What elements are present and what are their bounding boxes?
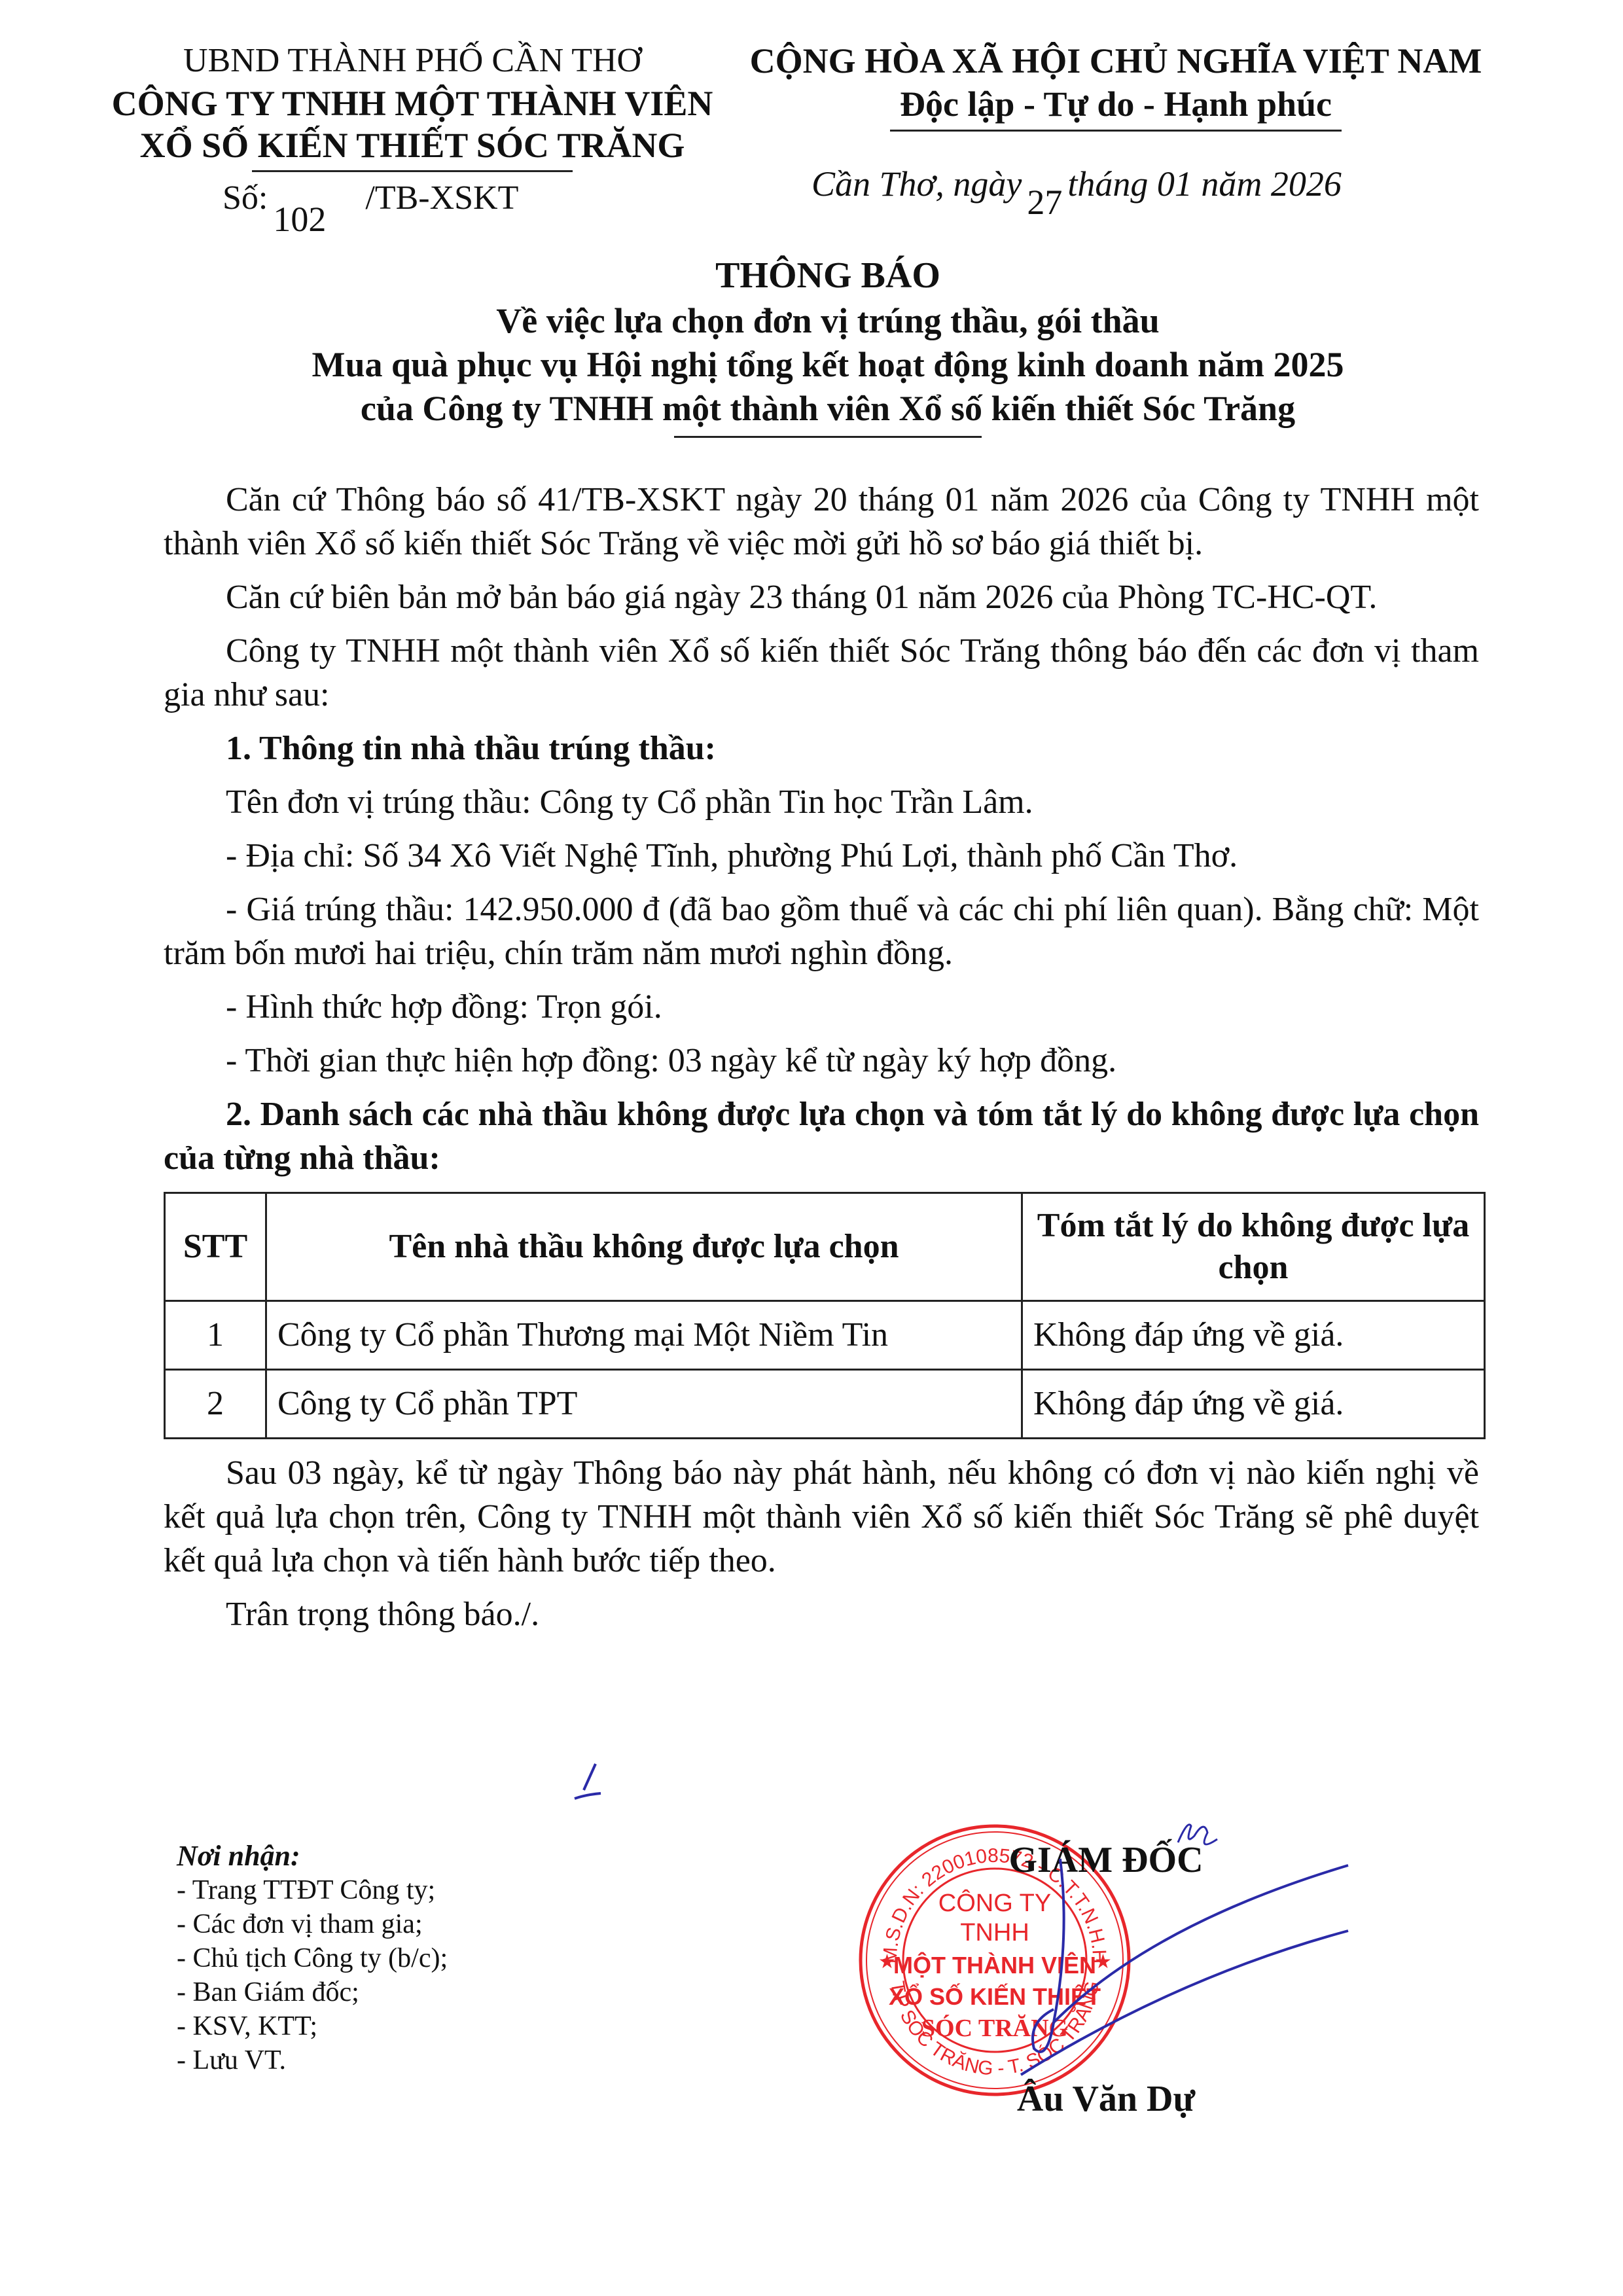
winner-name: Tên đơn vị trúng thầu: Công ty Cổ phần T…: [164, 780, 1479, 824]
row-bidder-name: Công ty Cổ phần TPT: [266, 1370, 1022, 1439]
contract-type: - Hình thức hợp đồng: Trọn gói.: [164, 985, 1479, 1029]
recipients-block: Nơi nhận: - Trang TTĐT Công ty; - Các đơ…: [177, 1839, 448, 2077]
recipient-item: - Trang TTĐT Công ty;: [177, 1873, 448, 1907]
row-reason: Không đáp ứng về giá.: [1022, 1301, 1485, 1370]
recipient-item: - Ban Giám đốc;: [177, 1975, 448, 2009]
rejected-bidders-table: STT Tên nhà thầu không được lựa chọn Tóm…: [164, 1192, 1486, 1439]
date-suffix: tháng 01 năm 2026: [1067, 164, 1342, 204]
col-bidder-name: Tên nhà thầu không được lựa chọn: [266, 1193, 1022, 1301]
issuer-underline: [252, 170, 573, 172]
handwritten-signature-icon: [982, 1806, 1400, 2094]
recipients-heading: Nơi nhận:: [177, 1839, 448, 1873]
date-prefix: Cần Thơ, ngày: [811, 164, 1022, 204]
title-line1: Về việc lựa chọn đơn vị trúng thầu, gói …: [157, 299, 1499, 343]
row-stt: 2: [165, 1370, 266, 1439]
nation-name: CỘNG HÒA XÃ HỘI CHỦ NGHĨA VIỆT NAM: [720, 39, 1512, 82]
number-suffix: /TB-XSKT: [365, 179, 518, 217]
number-label: Số:: [223, 179, 268, 217]
row-reason: Không đáp ứng về giá.: [1022, 1370, 1485, 1439]
recipient-item: - Lưu VT.: [177, 2043, 448, 2077]
initial-mark-icon: [569, 1761, 609, 1806]
recipient-item: - Các đơn vị tham gia;: [177, 1907, 448, 1941]
number-value: 102: [273, 200, 326, 239]
winner-address: - Địa chỉ: Số 34 Xô Viết Nghệ Tĩnh, phườ…: [164, 834, 1479, 878]
basis-paragraph-1: Căn cứ Thông báo số 41/TB-XSKT ngày 20 t…: [164, 478, 1479, 565]
regards: Trân trọng thông báo./.: [164, 1592, 1479, 1636]
national-header: CỘNG HÒA XÃ HỘI CHỦ NGHĨA VIỆT NAM Độc l…: [720, 39, 1512, 132]
section1-heading: 1. Thông tin nhà thầu trúng thầu:: [164, 726, 1479, 770]
row-stt: 1: [165, 1301, 266, 1370]
issuer-block: UBND THÀNH PHỐ CẦN THƠ CÔNG TY TNHH MỘT …: [111, 39, 713, 172]
title-line2: Mua quà phục vụ Hội nghị tổng kết hoạt đ…: [157, 343, 1499, 387]
col-reason: Tóm tắt lý do không được lựa chọn: [1022, 1193, 1485, 1301]
issuer-authority: UBND THÀNH PHỐ CẦN THƠ: [111, 39, 713, 82]
issue-date: Cần Thơ, ngày27tháng 01 năm 2026: [811, 164, 1342, 204]
signer-name: Âu Văn Dự: [942, 2078, 1270, 2120]
national-motto: Độc lập - Tự do - Hạnh phúc: [720, 82, 1512, 126]
section2-heading: 2. Danh sách các nhà thầu không được lựa…: [164, 1092, 1479, 1180]
winning-price: - Giá trúng thầu: 142.950.000 đ (đã bao …: [164, 888, 1479, 975]
closing-paragraph: Sau 03 ngày, kể từ ngày Thông báo này ph…: [164, 1451, 1479, 1583]
intro-paragraph: Công ty TNHH một thành viên Xổ số kiến t…: [164, 629, 1479, 717]
table-header-row: STT Tên nhà thầu không được lựa chọn Tóm…: [165, 1193, 1485, 1301]
table-row: 1 Công ty Cổ phần Thương mại Một Niềm Ti…: [165, 1301, 1485, 1370]
date-day: 27: [1027, 183, 1062, 222]
title-underline: [674, 436, 982, 438]
document-body: Căn cứ Thông báo số 41/TB-XSKT ngày 20 t…: [164, 478, 1479, 1646]
recipient-item: - Chủ tịch Công ty (b/c);: [177, 1941, 448, 1975]
col-stt: STT: [165, 1193, 266, 1301]
row-bidder-name: Công ty Cổ phần Thương mại Một Niềm Tin: [266, 1301, 1022, 1370]
document-number: Số:102/TB-XSKT: [223, 177, 518, 217]
contract-duration: - Thời gian thực hiện hợp đồng: 03 ngày …: [164, 1039, 1479, 1083]
table-row: 2 Công ty Cổ phần TPT Không đáp ứng về g…: [165, 1370, 1485, 1439]
recipient-item: - KSV, KTT;: [177, 2009, 448, 2043]
issuer-org-line2: XỔ SỐ KIẾN THIẾT SÓC TRĂNG: [111, 124, 713, 166]
document-title: THÔNG BÁO Về việc lựa chọn đơn vị trúng …: [157, 252, 1499, 438]
basis-paragraph-2: Căn cứ biên bản mở bản báo giá ngày 23 t…: [164, 575, 1479, 619]
doc-type: THÔNG BÁO: [157, 252, 1499, 299]
issuer-org-line1: CÔNG TY TNHH MỘT THÀNH VIÊN: [111, 82, 713, 124]
motto-underline: [890, 130, 1342, 132]
title-line3: của Công ty TNHH một thành viên Xổ số ki…: [157, 387, 1499, 431]
